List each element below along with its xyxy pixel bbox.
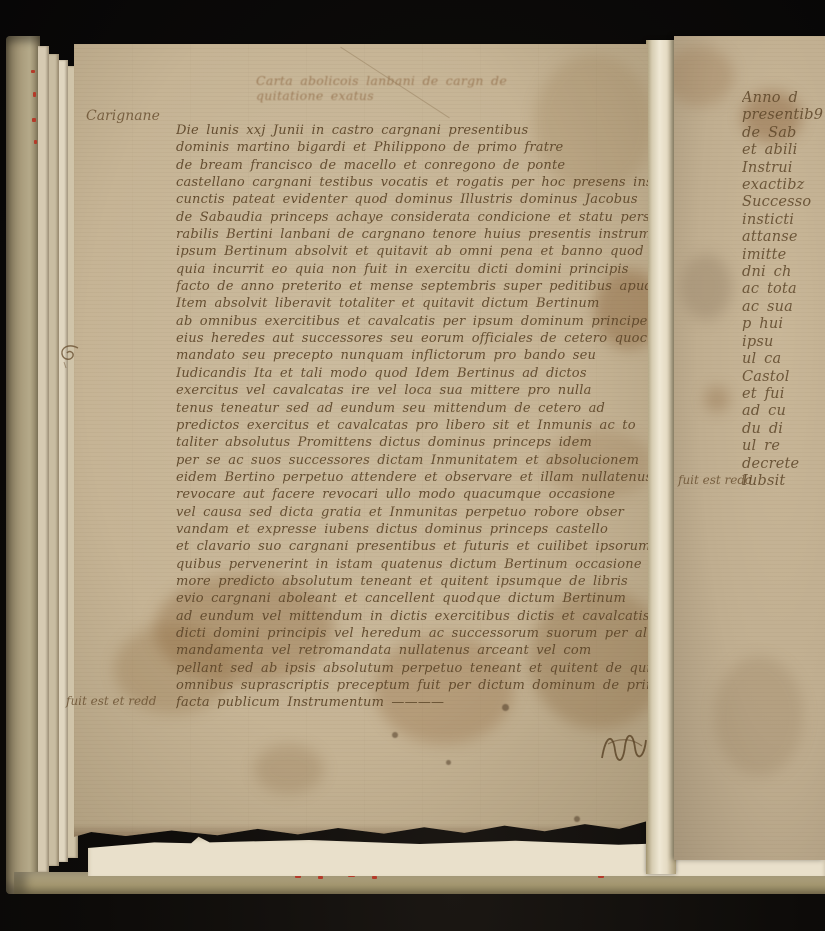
script-line: de bream francisco de macello et conrego…: [176, 157, 648, 174]
ink-spot: [446, 760, 451, 765]
binding-cover-left-edge: [6, 36, 40, 894]
script-line: rabilis Bertini lanbani de cargnano teno…: [176, 226, 648, 243]
margin-note-place: Carignane: [86, 108, 160, 124]
script-line: ad cu: [742, 403, 825, 420]
script-line: mandato seu precepto nunquam inflictorum…: [176, 347, 648, 364]
script-line: predictos exercitus et cavalcatas pro li…: [176, 417, 648, 434]
script-line: tenus teneatur sed ad eundum seu mittend…: [176, 400, 648, 417]
script-line: insticti: [742, 212, 825, 229]
red-speck: [318, 876, 323, 879]
red-speck: [31, 70, 35, 73]
water-stain: [714, 656, 804, 776]
water-stain: [680, 254, 732, 320]
leaf-edge: [38, 46, 49, 872]
manuscript-photo: Carta abolicois lanbani de cargn de quit…: [0, 0, 825, 931]
script-line: eius heredes aut successores seu eorum o…: [176, 330, 648, 347]
script-line: et clavario suo cargnani presentibus et …: [176, 538, 648, 555]
script-line: cunctis pateat evidenter quod dominus Il…: [176, 191, 648, 208]
red-speck: [34, 140, 37, 144]
script-line: Successo: [742, 194, 825, 211]
script-line: ipsum Bertinum absolvit et quitavit ab o…: [176, 243, 648, 260]
script-line: Iubsit: [742, 473, 825, 490]
red-speck: [372, 876, 377, 879]
script-line: p hui: [742, 316, 825, 333]
script-line: pellant sed ab ipsis absolutum perpetuo …: [176, 660, 648, 677]
script-line: ul ca: [742, 351, 825, 368]
script-line: attanse: [742, 229, 825, 246]
script-line: dicti domini principis vel heredum ac su…: [176, 625, 648, 642]
red-speck: [32, 118, 36, 122]
script-line: taliter absolutus Promittens dictus domi…: [176, 434, 648, 451]
script-line: more predicto absolutum teneant et quite…: [176, 573, 648, 590]
notarial-flourish-icon: [598, 724, 650, 766]
script-line: dni ch: [742, 264, 825, 281]
ink-spot: [574, 816, 580, 822]
script-line: Anno d: [742, 90, 825, 107]
script-line: omnibus suprascriptis preceptum fuit per…: [176, 677, 648, 694]
script-line: mandamenta vel retromandata nullatenus a…: [176, 642, 648, 659]
rubric-heading-line: quitatione exatus: [256, 89, 496, 104]
rubric-heading-line: Carta abolicois lanbani de cargn de: [256, 74, 496, 89]
red-speck: [33, 92, 36, 97]
script-line: vel causa sed dicta gratia et Inmunitas …: [176, 504, 648, 521]
paraph-icon: [58, 342, 82, 370]
script-line: imitte: [742, 247, 825, 264]
script-line: quia incurrit eo quia non fuit in exerci…: [176, 261, 648, 278]
gutter-guard-strip: [646, 40, 676, 874]
script-line: dominis martino bigardi et Philippono de…: [176, 139, 648, 156]
script-line: exercitus vel cavalcatas ire vel loca su…: [176, 382, 648, 399]
ink-spot: [392, 732, 398, 738]
script-line: decrete: [742, 456, 825, 473]
script-line: vandam et expresse iubens dictus dominus…: [176, 521, 648, 538]
script-line: Iudicandis Ita et tali modo quod Idem Be…: [176, 365, 648, 382]
script-line: Castol: [742, 369, 825, 386]
script-line: castellano cargnani testibus vocatis et …: [176, 174, 648, 191]
right-folio-text-block: Anno dpresentib9de Sabet abiliInstruiexa…: [742, 90, 825, 496]
script-line: eidem Bertino perpetuo attendere et obse…: [176, 469, 648, 486]
script-line: ul re: [742, 438, 825, 455]
main-text-block: Die lunis xxj Junii in castro cargnani p…: [176, 122, 648, 718]
script-line: et fui: [742, 386, 825, 403]
water-stain: [704, 386, 730, 412]
leaf-edge: [49, 54, 59, 866]
water-stain: [674, 46, 734, 106]
script-line: ab omnibus exercitibus et cavalcatis per…: [176, 313, 648, 330]
script-line: exactibz: [742, 177, 825, 194]
script-line: de Sab: [742, 125, 825, 142]
rubric-heading: Carta abolicois lanbani de cargn de quit…: [256, 74, 496, 103]
script-line: facto de anno preterito et mense septemb…: [176, 278, 648, 295]
script-line: evio cargnani aboleant et cancellent quo…: [176, 590, 648, 607]
script-line: ac sua: [742, 299, 825, 316]
script-line: revocare aut facere revocari ullo modo q…: [176, 486, 648, 503]
script-line: per se ac suos successores dictam Inmuni…: [176, 452, 648, 469]
leaf-edge: [59, 60, 68, 862]
script-line: et abili: [742, 142, 825, 159]
script-line: ac tota: [742, 281, 825, 298]
script-line: facta publicum Instrumentum ————: [176, 694, 648, 711]
script-line: quibus pervenerint in istam quatenus dic…: [176, 556, 648, 573]
script-line: Item absolvit liberavit totaliter et qui…: [176, 295, 648, 312]
script-line: ad eundum vel mittendum in dictis exerci…: [176, 608, 648, 625]
script-line: Instrui: [742, 160, 825, 177]
water-stain: [254, 744, 324, 794]
script-line: de Sabaudia princeps achaye considerata …: [176, 209, 648, 226]
script-line: Die lunis xxj Junii in castro cargnani p…: [176, 122, 648, 139]
script-line: du di: [742, 421, 825, 438]
margin-note-registration: fuit est et redd: [66, 694, 156, 708]
script-line: ipsu: [742, 334, 825, 351]
script-line: presentib9: [742, 107, 825, 124]
